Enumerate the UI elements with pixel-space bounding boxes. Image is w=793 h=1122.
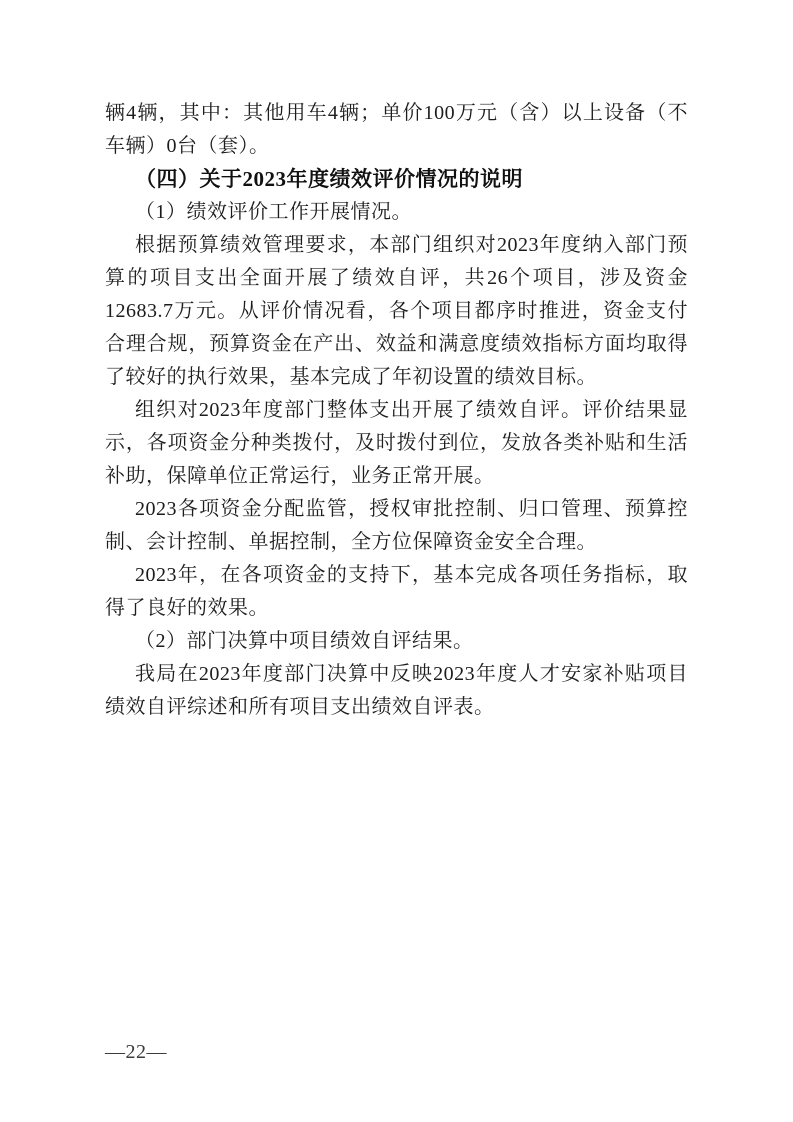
text-line: 示，各项资金分种类拨付，及时拨付到位，发放各类补贴和生活 bbox=[105, 427, 688, 460]
text-line: 合理合规，预算资金在产出、效益和满意度绩效指标方面均取得 bbox=[105, 328, 688, 361]
sub-heading: （1）绩效评价工作开展情况。 bbox=[105, 196, 688, 229]
text-line: 辆4辆，其中：其他用车4辆；单价100万元（含）以上设备（不含 bbox=[105, 97, 688, 130]
text-line: 12683.7万元。从评价情况看，各个项目都序时推进，资金支付 bbox=[105, 295, 688, 328]
text-line: 2023各项资金分配监管，授权审批控制、归口管理、预算控 bbox=[105, 493, 688, 526]
document-page: 辆4辆，其中：其他用车4辆；单价100万元（含）以上设备（不含车辆）0台（套）。… bbox=[0, 0, 793, 1122]
text-line: 组织对2023年度部门整体支出开展了绩效自评。评价结果显 bbox=[105, 394, 688, 427]
text-line: 了较好的执行效果，基本完成了年初设置的绩效目标。 bbox=[105, 361, 688, 394]
text-line: 补助，保障单位正常运行，业务正常开展。 bbox=[105, 460, 688, 493]
document-body: 辆4辆，其中：其他用车4辆；单价100万元（含）以上设备（不含车辆）0台（套）。… bbox=[105, 97, 688, 724]
text-line: 制、会计控制、单据控制，全方位保障资金安全合理。 bbox=[105, 526, 688, 559]
text-line: 绩效自评综述和所有项目支出绩效自评表。 bbox=[105, 691, 688, 724]
text-line: 车辆）0台（套）。 bbox=[105, 130, 688, 163]
section-heading: （四）关于2023年度绩效评价情况的说明 bbox=[105, 163, 688, 196]
page-number: —22— bbox=[105, 1038, 167, 1066]
text-line: 我局在2023年度部门决算中反映2023年度人才安家补贴项目 bbox=[105, 658, 688, 691]
text-line: 根据预算绩效管理要求，本部门组织对2023年度纳入部门预 bbox=[105, 229, 688, 262]
text-line: 算的项目支出全面开展了绩效自评，共26个项目，涉及资金 bbox=[105, 262, 688, 295]
text-line: 2023年，在各项资金的支持下，基本完成各项任务指标，取 bbox=[105, 559, 688, 592]
sub-heading: （2）部门决算中项目绩效自评结果。 bbox=[105, 625, 688, 658]
text-line: 得了良好的效果。 bbox=[105, 592, 688, 625]
